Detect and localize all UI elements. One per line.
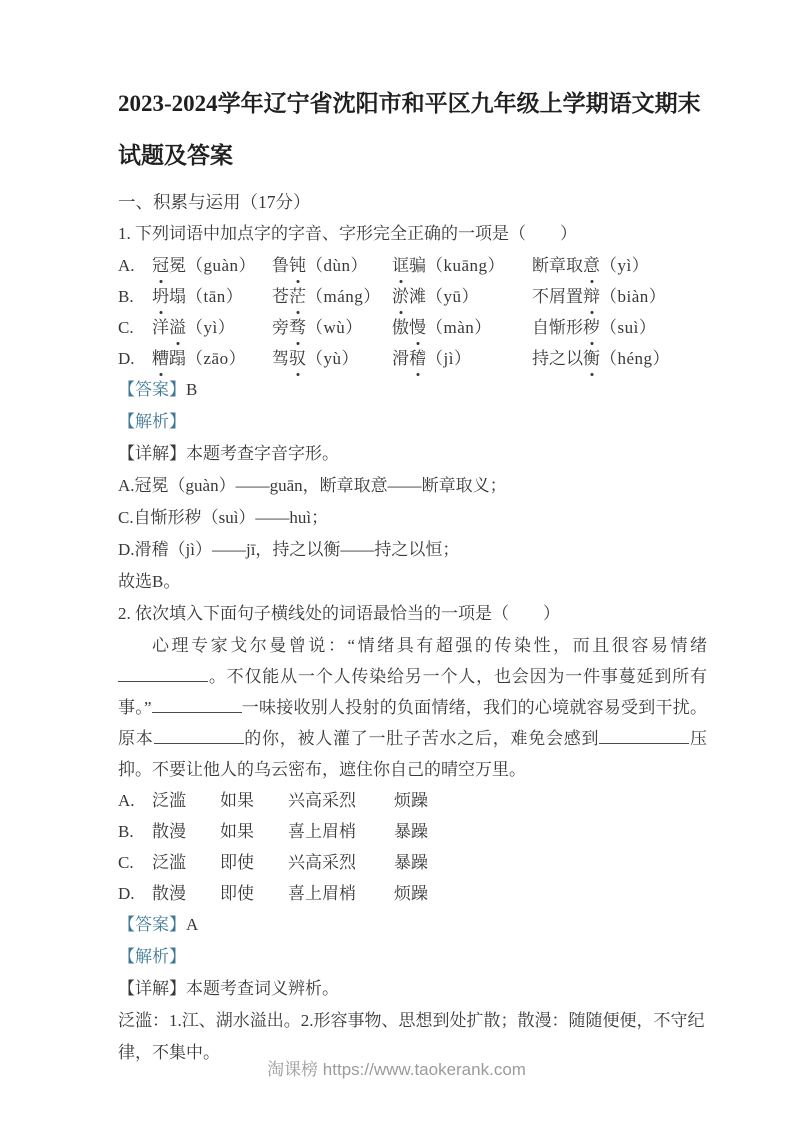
option-word: 喜上眉梢 (288, 878, 394, 909)
char: 塌 (169, 287, 186, 306)
q2-answer-line: 【答案】A (118, 909, 707, 941)
fill-in-blank (154, 728, 244, 744)
pinyin: （dùn） (306, 256, 368, 275)
char: 持 (532, 349, 549, 368)
fill-in-blank (152, 697, 242, 713)
char: 置 (566, 287, 583, 306)
section-heading: 一、积累与运用（17分） (118, 186, 707, 218)
q2-option-row: B.散漫如果喜上眉梢暴躁 (118, 816, 707, 847)
q1-analysis-label-line: 【解析】 (118, 406, 707, 438)
pinyin: （suì） (600, 318, 656, 337)
dotted-char: 意 (583, 250, 600, 281)
char: 章 (549, 256, 566, 275)
q2-stem: 2. 依次填入下面句子横线处的词语最恰当的一项是（ ） (118, 598, 707, 630)
dotted-char: 糟 (152, 343, 169, 374)
dotted-char: 骛 (289, 312, 306, 343)
option-word: 兴高采烈 (288, 785, 394, 816)
option-word: 喜上眉梢 (288, 816, 394, 847)
option-letter: A. (118, 785, 152, 816)
dotted-char: 冠 (152, 250, 169, 281)
document-page: 2023-2024学年辽宁省沈阳市和平区九年级上学期语文期末试题及答案 一、积累… (0, 0, 793, 1069)
word-with-pinyin: 傲慢（màn） (392, 312, 532, 343)
char: 鲁 (272, 256, 289, 275)
q1-options: A.冠冕（guàn）鲁钝（dùn）诓骗（kuāng）断章取意（yì）B.坍塌（t… (118, 250, 707, 374)
option-word: 散漫 (152, 878, 220, 909)
dotted-char: 淤 (392, 281, 409, 312)
char: 不 (532, 287, 549, 306)
analysis-label: 【解析】 (118, 947, 186, 966)
option-letter: B. (118, 816, 152, 847)
char: 骗 (409, 256, 426, 275)
pinyin: （máng） (306, 287, 381, 306)
dotted-char: 诓 (392, 250, 409, 281)
word-with-pinyin: 诓骗（kuāng） (392, 250, 532, 281)
char: 驾 (272, 349, 289, 368)
analysis-label: 【解析】 (118, 412, 186, 431)
char: 形 (566, 318, 583, 337)
option-word: 泛滥 (152, 785, 220, 816)
char: 滑 (392, 349, 409, 368)
option-word: 烦躁 (394, 878, 707, 909)
pinyin: （màn） (426, 318, 492, 337)
q1-option-row: A.冠冕（guàn）鲁钝（dùn）诓骗（kuāng）断章取意（yì） (118, 250, 707, 281)
word-with-pinyin: 滑稽（jì） (392, 343, 532, 374)
char: 断 (532, 256, 549, 275)
char: 自 (532, 318, 549, 337)
word-with-pinyin: 旁骛（wù） (272, 312, 392, 343)
word-with-pinyin: 冠冕（guàn） (152, 250, 272, 281)
pinyin: （biàn） (600, 287, 666, 306)
q2-detail-text: 本题考查词义辨析。 (186, 979, 339, 998)
footer-site-name: 淘课榜 (267, 1060, 318, 1079)
option-letter: B. (118, 281, 152, 312)
q1-answer-line: 【答案】B (118, 374, 707, 406)
q1-option-row: C.洋溢（yì）旁骛（wù）傲慢（màn）自惭形秽（suì） (118, 312, 707, 343)
fill-in-blank (118, 666, 208, 682)
char: 傲 (392, 318, 409, 337)
q1-answer-value: B (186, 380, 197, 399)
option-letter: D. (118, 343, 152, 374)
pinyin: （guàn） (186, 256, 256, 275)
word-with-pinyin: 自惭形秽（suì） (532, 312, 707, 343)
detail-label: 【详解】 (118, 979, 186, 998)
q2-analysis-label-line: 【解析】 (118, 941, 707, 973)
q1-analysis-lines: A.冠冕（guàn）——guān，断章取意——断章取义；C.自惭形秽（suì）—… (118, 470, 707, 598)
word-with-pinyin: 鲁钝（dùn） (272, 250, 392, 281)
q2-options: A.泛滥如果兴高采烈烦躁B.散漫如果喜上眉梢暴躁C.泛滥即使兴高采烈暴躁D.散漫… (118, 785, 707, 909)
dotted-char: 驭 (289, 343, 306, 374)
pinyin: （yì） (600, 256, 649, 275)
option-word: 即使 (220, 847, 288, 878)
q2-answer-value: A (186, 915, 198, 934)
char: 苍 (272, 287, 289, 306)
char: 滩 (409, 287, 426, 306)
word-with-pinyin: 不屑置辩（biàn） (532, 281, 707, 312)
q1-option-row: D.糟蹋（zāo）驾驭（yù）滑稽（jì）持之以衡（héng） (118, 343, 707, 374)
dotted-char: 秽 (583, 312, 600, 343)
q1-detail-line: 【详解】本题考查字音字形。 (118, 438, 707, 470)
footer-link[interactable]: https://www.taokerank.com (323, 1060, 526, 1079)
dotted-char: 溢 (169, 312, 186, 343)
q2-option-row: D.散漫即使喜上眉梢烦躁 (118, 878, 707, 909)
detail-label: 【详解】 (118, 444, 186, 463)
char: 之 (549, 349, 566, 368)
option-word: 兴高采烈 (288, 847, 394, 878)
analysis-line: C.自惭形秽（suì）——huì； (118, 502, 707, 534)
option-word: 散漫 (152, 816, 220, 847)
q2-option-row: C.泛滥即使兴高采烈暴躁 (118, 847, 707, 878)
dotted-char: 慢 (409, 312, 426, 343)
analysis-line: D.滑稽（jì）——jī，持之以衡——持之以恒； (118, 534, 707, 566)
dotted-char: 衡 (583, 343, 600, 374)
option-word: 暴躁 (394, 816, 707, 847)
char: 洋 (152, 318, 169, 337)
word-with-pinyin: 苍茫（máng） (272, 281, 392, 312)
pinyin: （yū） (426, 287, 479, 306)
q2-paragraph: 心理专家戈尔曼曾说：“情绪具有超强的传染性，而且很容易情绪。不仅能从一个人传染给… (118, 630, 707, 785)
word-with-pinyin: 驾驭（yù） (272, 343, 392, 374)
fill-in-blank (599, 728, 689, 744)
pinyin: （jì） (426, 349, 471, 368)
pinyin: （héng） (600, 349, 670, 368)
word-with-pinyin: 洋溢（yì） (152, 312, 272, 343)
char: 以 (566, 349, 583, 368)
option-letter: D. (118, 878, 152, 909)
option-letter: A. (118, 250, 152, 281)
answer-label: 【答案】 (118, 380, 186, 399)
option-word: 暴躁 (394, 847, 707, 878)
option-word: 如果 (220, 785, 288, 816)
page-footer: 淘课榜 https://www.taokerank.com (0, 1055, 793, 1080)
word-with-pinyin: 持之以衡（héng） (532, 343, 707, 374)
pinyin: （tān） (186, 287, 243, 306)
q2-detail-line: 【详解】本题考查词义辨析。 (118, 973, 707, 1005)
char: 惭 (549, 318, 566, 337)
option-letter: C. (118, 312, 152, 343)
pinyin: （kuāng） (426, 256, 505, 275)
dotted-char: 辩 (583, 281, 600, 312)
word-with-pinyin: 坍塌（tān） (152, 281, 272, 312)
word-with-pinyin: 淤滩（yū） (392, 281, 532, 312)
word-with-pinyin: 断章取意（yì） (532, 250, 707, 281)
char: 蹋 (169, 349, 186, 368)
q1-detail-text: 本题考查字音字形。 (186, 444, 339, 463)
dotted-char: 稽 (409, 343, 426, 374)
pinyin: （wù） (306, 318, 363, 337)
analysis-line: A.冠冕（guàn）——guān，断章取意——断章取义； (118, 470, 707, 502)
char: 旁 (272, 318, 289, 337)
char: 屑 (549, 287, 566, 306)
dotted-char: 坍 (152, 281, 169, 312)
q1-option-row: B.坍塌（tān）苍茫（máng）淤滩（yū）不屑置辩（biàn） (118, 281, 707, 312)
q1-stem: 1. 下列词语中加点字的字音、字形完全正确的一项是（ ） (118, 218, 707, 250)
dotted-char: 钝 (289, 250, 306, 281)
option-word: 泛滥 (152, 847, 220, 878)
option-word: 即使 (220, 878, 288, 909)
char: 冕 (169, 256, 186, 275)
answer-label: 【答案】 (118, 915, 186, 934)
char: 取 (566, 256, 583, 275)
word-with-pinyin: 糟蹋（zāo） (152, 343, 272, 374)
pinyin: （yì） (186, 318, 235, 337)
pinyin: （zāo） (186, 349, 246, 368)
option-word: 烦躁 (394, 785, 707, 816)
document-title: 2023-2024学年辽宁省沈阳市和平区九年级上学期语文期末试题及答案 (118, 78, 707, 182)
option-word: 如果 (220, 816, 288, 847)
pinyin: （yù） (306, 349, 359, 368)
dotted-char: 茫 (289, 281, 306, 312)
q2-option-row: A.泛滥如果兴高采烈烦躁 (118, 785, 707, 816)
option-letter: C. (118, 847, 152, 878)
analysis-line: 故选B。 (118, 566, 707, 598)
